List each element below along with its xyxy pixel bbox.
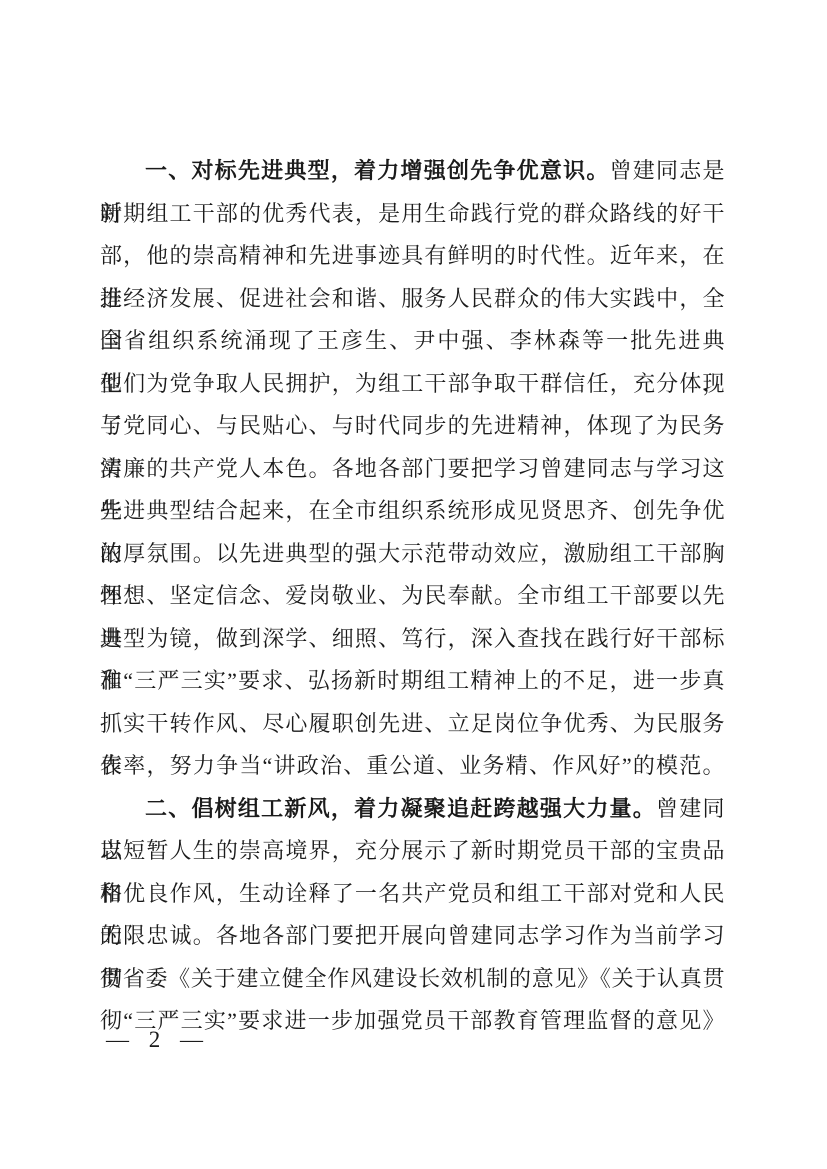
text-line: 清廉的共产党人本色。各地各部门要把学习曾建同志与学习这些	[100, 448, 725, 491]
page-number: — 2 —	[106, 1026, 210, 1054]
text-line: 一、对标先进典型，着力增强创先争优意识。曾建同志是新	[100, 150, 725, 193]
paragraph-one: 一、对标先进典型，着力增强创先争优意识。曾建同志是新 时期组工干部的优秀代表，是…	[100, 150, 725, 788]
text-line: 彻省委《关于建立健全作风建设长效机制的意见》《关于认真贯	[100, 958, 725, 1001]
text-line: 无限忠诚。各地各部门要把开展向曾建同志学习作为当前学习贯	[100, 915, 725, 958]
text-line: 以短暂人生的崇高境界，充分展示了新时期党员干部的宝贵品格	[100, 830, 725, 873]
text-line: 他们为党争取人民拥护，为组工干部争取干群信任，充分体现了	[100, 363, 725, 406]
text-line: 进经济发展、促进社会和谐、服务人民群众的伟大实践中，全国	[100, 278, 725, 321]
text-line: 抓实干转作风、尽心履职创先进、立足岗位争优秀、为民服务作	[100, 703, 725, 746]
text-line: 和“三严三实”要求、弘扬新时期组工精神上的不足，进一步真	[100, 660, 725, 703]
text-line: 二、倡树组工新风，着力凝聚追赶跨越强大力量。曾建同志	[100, 788, 725, 831]
text-line: 先进典型结合起来，在全市组织系统形成见贤思齐、创先争优的	[100, 490, 725, 533]
text-line: 全省组织系统涌现了王彦生、尹中强、李林森等一批先进典型，	[100, 320, 725, 363]
text-line: 表率，努力争当“讲政治、重公道、业务精、作风好”的模范。	[100, 745, 725, 788]
section-two-heading: 二、倡树组工新风，着力凝聚追赶跨越强大力量。	[145, 796, 656, 821]
text-line: 和优良作风，生动诠释了一名共产党员和组工干部对党和人民的	[100, 873, 725, 916]
text-line: 典型为镜，做到深学、细照、笃行，深入查找在践行好干部标准	[100, 618, 725, 661]
document-body: 一、对标先进典型，着力增强创先争优意识。曾建同志是新 时期组工干部的优秀代表，是…	[100, 150, 725, 1043]
document-page: 一、对标先进典型，着力增强创先争优意识。曾建同志是新 时期组工干部的优秀代表，是…	[0, 0, 827, 1169]
section-one-heading: 一、对标先进典型，着力增强创先争优意识。	[145, 158, 610, 183]
text-line: 理想、坚定信念、爱岗敬业、为民奉献。全市组工干部要以先进	[100, 575, 725, 618]
paragraph-two: 二、倡树组工新风，着力凝聚追赶跨越强大力量。曾建同志 以短暂人生的崇高境界，充分…	[100, 788, 725, 1043]
text-line: 时期组工干部的优秀代表，是用生命践行党的群众路线的好干	[100, 193, 725, 236]
text-line: 与党同心、与民贴心、与时代同步的先进精神，体现了为民务实	[100, 405, 725, 448]
text-line: 浓厚氛围。以先进典型的强大示范带动效应，激励组工干部胸怀	[100, 533, 725, 576]
text-line: 部，他的崇高精神和先进事迹具有鲜明的时代性。近年来，在推	[100, 235, 725, 278]
